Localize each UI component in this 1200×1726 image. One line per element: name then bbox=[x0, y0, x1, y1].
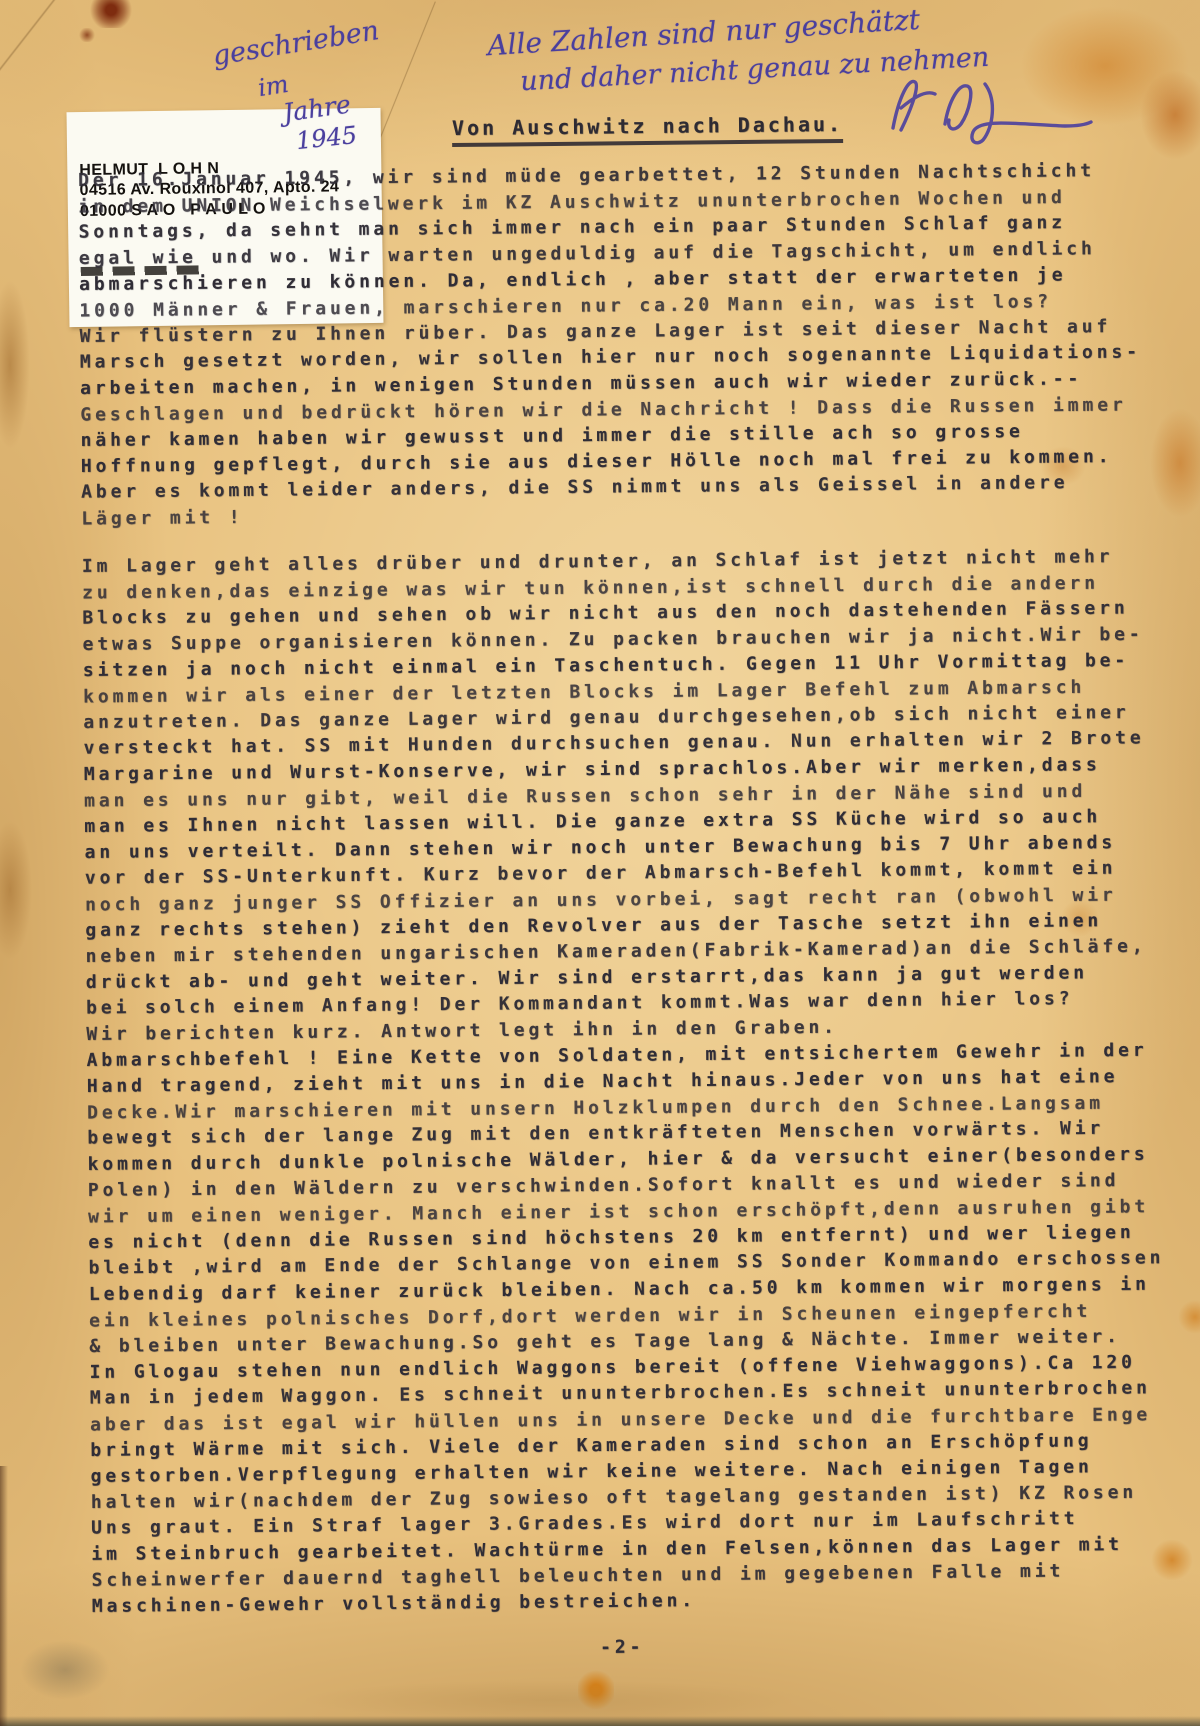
page-edge-shadow bbox=[0, 1716, 1200, 1726]
stain bbox=[300, 1680, 800, 1720]
body-text: Der 16.Januar 1945, wir sind müde gearbe… bbox=[78, 157, 1200, 1663]
paragraph-1: Der 16.Januar 1945, wir sind müde gearbe… bbox=[78, 157, 1200, 532]
document-page: HELMUT L O H N04516 Av. Rouxinol 407, Ap… bbox=[0, 0, 1200, 1726]
stain bbox=[78, 28, 96, 42]
document-title: Von Auschwitz nach Dachau. bbox=[452, 112, 843, 147]
stain bbox=[0, 280, 30, 450]
page-edge-shadow bbox=[0, 1466, 8, 1726]
paragraph-2: Im Lager geht alles drüber und drunter, … bbox=[82, 543, 1200, 1620]
stain bbox=[0, 820, 32, 960]
stain bbox=[578, 1668, 614, 1712]
signature-scrawl bbox=[865, 66, 1095, 156]
paper-crease bbox=[0, 0, 62, 260]
stain bbox=[1140, 70, 1200, 160]
stain bbox=[88, 0, 134, 28]
handwritten-note-left: geschrieben bbox=[211, 15, 382, 72]
page-number: -2- bbox=[92, 1632, 1152, 1663]
